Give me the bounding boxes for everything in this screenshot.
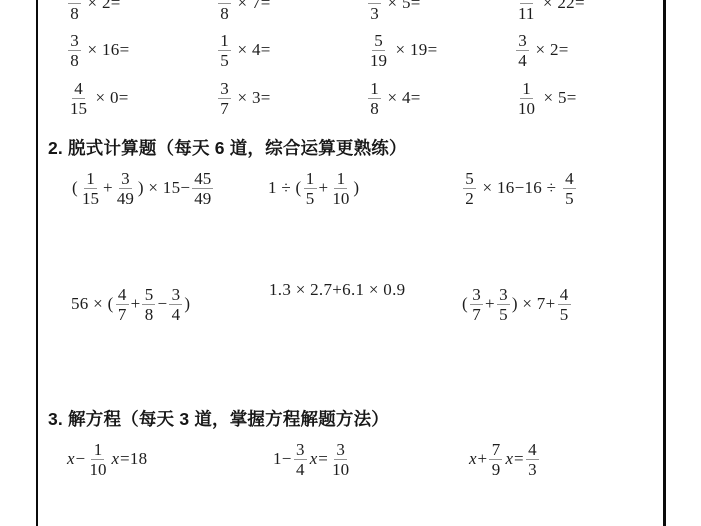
math-text: × 2= (531, 40, 569, 60)
fraction: 110 (330, 170, 351, 207)
warmup-problem-r2-c2: 18 × 4= (366, 79, 421, 117)
math-text: 1− (273, 449, 292, 469)
fraction-numerator: 1 (368, 80, 381, 99)
math-text: × 22= (538, 0, 584, 13)
fraction-denominator: 7 (218, 99, 231, 117)
fraction-denominator: 8 (218, 4, 231, 22)
fraction: 15 (218, 32, 231, 69)
math-text: + (319, 178, 329, 198)
fraction: 43 (526, 441, 539, 478)
math-text: × 5= (539, 88, 577, 108)
calc-problem-6: (37+35) × 7+45 (462, 285, 573, 323)
fraction: 35 (497, 286, 510, 323)
math-text: ) × 7+ (512, 294, 556, 314)
fraction-denominator: 10 (330, 460, 351, 478)
calc-section-heading: 2. 脱式计算题（每天 6 道，综合运算更熟练） (48, 135, 407, 160)
fraction-denominator: 5 (497, 305, 510, 323)
math-text: × 5= (383, 0, 421, 13)
warmup-problem-r2-c0: 415 × 0= (66, 79, 129, 117)
fraction-numerator: 45 (192, 170, 213, 189)
fraction: 37 (470, 286, 483, 323)
math-variable: x (468, 449, 478, 469)
fraction-denominator: 4 (169, 305, 182, 323)
math-text: × 4= (383, 88, 421, 108)
math-text: ) (184, 294, 190, 314)
fraction-numerator: 3 (119, 170, 132, 189)
calc-problem-4: 56 × (47+58−34) (71, 285, 190, 323)
fraction-denominator: 4 (294, 460, 307, 478)
fraction-denominator: 49 (192, 189, 213, 207)
fraction-numerator: 3 (516, 32, 529, 51)
fraction: 11 (516, 0, 536, 22)
page-border-right (663, 0, 666, 526)
warmup-problem-r2-c3: 110 × 5= (514, 79, 577, 117)
fraction-numerator: 4 (526, 441, 539, 460)
math-text: × 16= (83, 40, 129, 60)
fraction: 8 (218, 0, 231, 22)
fraction-numerator: 3 (68, 32, 81, 51)
fraction-denominator: 49 (115, 189, 136, 207)
warmup-problem-r1-c1: 15 × 4= (216, 31, 271, 69)
fraction-numerator: 4 (116, 286, 129, 305)
fraction: 8 (68, 0, 81, 22)
fraction-denominator: 5 (304, 189, 317, 207)
fraction: 519 (368, 32, 389, 69)
fraction-numerator: 3 (497, 286, 510, 305)
fraction: 4549 (192, 170, 213, 207)
fraction: 115 (80, 170, 101, 207)
warmup-problem-r1-c3: 34 × 2= (514, 31, 569, 69)
math-text: ( (462, 294, 468, 314)
fraction: 58 (142, 286, 155, 323)
warmup-problem-r0-c2: 3 × 5= (366, 0, 421, 22)
math-text: ( (72, 178, 78, 198)
fraction-denominator: 4 (516, 51, 529, 69)
math-text: + (103, 178, 113, 198)
math-text: ) × 15− (138, 178, 190, 198)
fraction-numerator: 7 (489, 441, 502, 460)
fraction-numerator: 1 (84, 170, 97, 189)
math-variable: x (66, 449, 76, 469)
fraction-denominator: 19 (368, 51, 389, 69)
fraction: 45 (563, 170, 576, 207)
fraction: 110 (87, 441, 108, 478)
math-variable: x (309, 449, 319, 469)
warmup-problem-r0-c0: 8 × 2= (66, 0, 121, 22)
fraction-numerator: 1 (304, 170, 317, 189)
equation-section-heading: 3. 解方程（每天 3 道，掌握方程解题方法） (48, 406, 389, 431)
math-text: × 19= (391, 40, 437, 60)
fraction-numerator: 5 (463, 170, 476, 189)
math-variable: x (110, 449, 120, 469)
fraction-denominator: 7 (116, 305, 129, 323)
fraction: 47 (116, 286, 129, 323)
fraction: 349 (115, 170, 136, 207)
calc-problem-5: 1.3 × 2.7+6.1 × 0.9 (269, 271, 405, 309)
fraction: 34 (516, 32, 529, 69)
fraction: 110 (516, 80, 537, 117)
fraction-numerator: 1 (334, 170, 347, 189)
fraction: 45 (558, 286, 571, 323)
math-text: × 7= (233, 0, 271, 13)
fraction-numerator: 4 (72, 80, 85, 99)
fraction: 15 (304, 170, 317, 207)
fraction: 38 (68, 32, 81, 69)
fraction-denominator: 10 (330, 189, 351, 207)
math-text: × 2= (83, 0, 121, 13)
fraction-numerator: 4 (563, 170, 576, 189)
math-text: 1 ÷ ( (268, 178, 302, 198)
warmup-problem-r0-c3: 11 × 22= (514, 0, 585, 22)
fraction-numerator: 1 (91, 441, 104, 460)
math-text: × 0= (91, 88, 129, 108)
fraction-denominator: 9 (489, 460, 502, 478)
fraction-denominator: 5 (218, 51, 231, 69)
fraction-numerator: 4 (558, 286, 571, 305)
math-text: − (76, 449, 86, 469)
fraction-denominator: 7 (470, 305, 483, 323)
math-text: =18 (120, 449, 148, 469)
fraction-denominator: 10 (516, 99, 537, 117)
fraction-denominator: 15 (80, 189, 101, 207)
fraction-numerator: 5 (372, 32, 385, 51)
fraction-denominator: 2 (463, 189, 476, 207)
warmup-problem-r2-c1: 37 × 3= (216, 79, 271, 117)
calc-problem-1: (115+349) × 15−4549 (72, 169, 215, 207)
math-text: × 4= (233, 40, 271, 60)
math-text: × 16−16 ÷ (478, 178, 561, 198)
equation-3: x+79x=43 (468, 440, 541, 478)
fraction-denominator: 3 (526, 460, 539, 478)
fraction-numerator: 3 (334, 441, 347, 460)
math-text: + (478, 449, 488, 469)
equation-1: x−110x=18 (66, 440, 147, 478)
fraction-numerator: 3 (294, 441, 307, 460)
fraction-numerator: 3 (218, 80, 231, 99)
fraction-denominator: 11 (516, 4, 536, 22)
math-text: + (485, 294, 495, 314)
calc-problem-3: 52 × 16−16 ÷ 45 (461, 169, 578, 207)
fraction-denominator: 8 (68, 4, 81, 22)
fraction: 415 (68, 80, 89, 117)
fraction-numerator: 5 (142, 286, 155, 305)
math-variable: x (504, 449, 514, 469)
fraction: 310 (330, 441, 351, 478)
fraction-denominator: 5 (563, 189, 576, 207)
fraction: 37 (218, 80, 231, 117)
worksheet-page: 8 × 2= 8 × 7= 3 × 5= 11 × 22= 38 × 16= 1… (0, 0, 701, 526)
fraction: 34 (169, 286, 182, 323)
fraction: 3 (368, 0, 381, 22)
fraction-numerator: 1 (520, 80, 533, 99)
math-text: 56 × ( (71, 294, 114, 314)
fraction: 18 (368, 80, 381, 117)
calc-problem-2: 1 ÷ (15+110) (268, 169, 359, 207)
math-text: − (157, 294, 167, 314)
warmup-problem-r1-c2: 519 × 19= (366, 31, 437, 69)
warmup-problem-r0-c1: 8 × 7= (216, 0, 271, 22)
fraction-numerator: 3 (169, 286, 182, 305)
fraction-denominator: 3 (368, 4, 381, 22)
fraction-numerator: 1 (218, 32, 231, 51)
math-text: 1.3 × 2.7+6.1 × 0.9 (269, 280, 405, 300)
page-border-left (36, 0, 38, 526)
fraction-denominator: 10 (87, 460, 108, 478)
math-text: × 3= (233, 88, 271, 108)
math-text: ) (353, 178, 359, 198)
fraction: 79 (489, 441, 502, 478)
fraction-denominator: 5 (558, 305, 571, 323)
fraction-numerator: 3 (470, 286, 483, 305)
fraction-denominator: 8 (68, 51, 81, 69)
fraction-denominator: 8 (142, 305, 155, 323)
math-text: + (131, 294, 141, 314)
fraction-denominator: 8 (368, 99, 381, 117)
fraction-denominator: 15 (68, 99, 89, 117)
warmup-problem-r1-c0: 38 × 16= (66, 31, 129, 69)
equation-2: 1−34x=310 (273, 440, 353, 478)
fraction: 52 (463, 170, 476, 207)
math-text: = (514, 449, 524, 469)
math-text: = (318, 449, 328, 469)
fraction: 34 (294, 441, 307, 478)
